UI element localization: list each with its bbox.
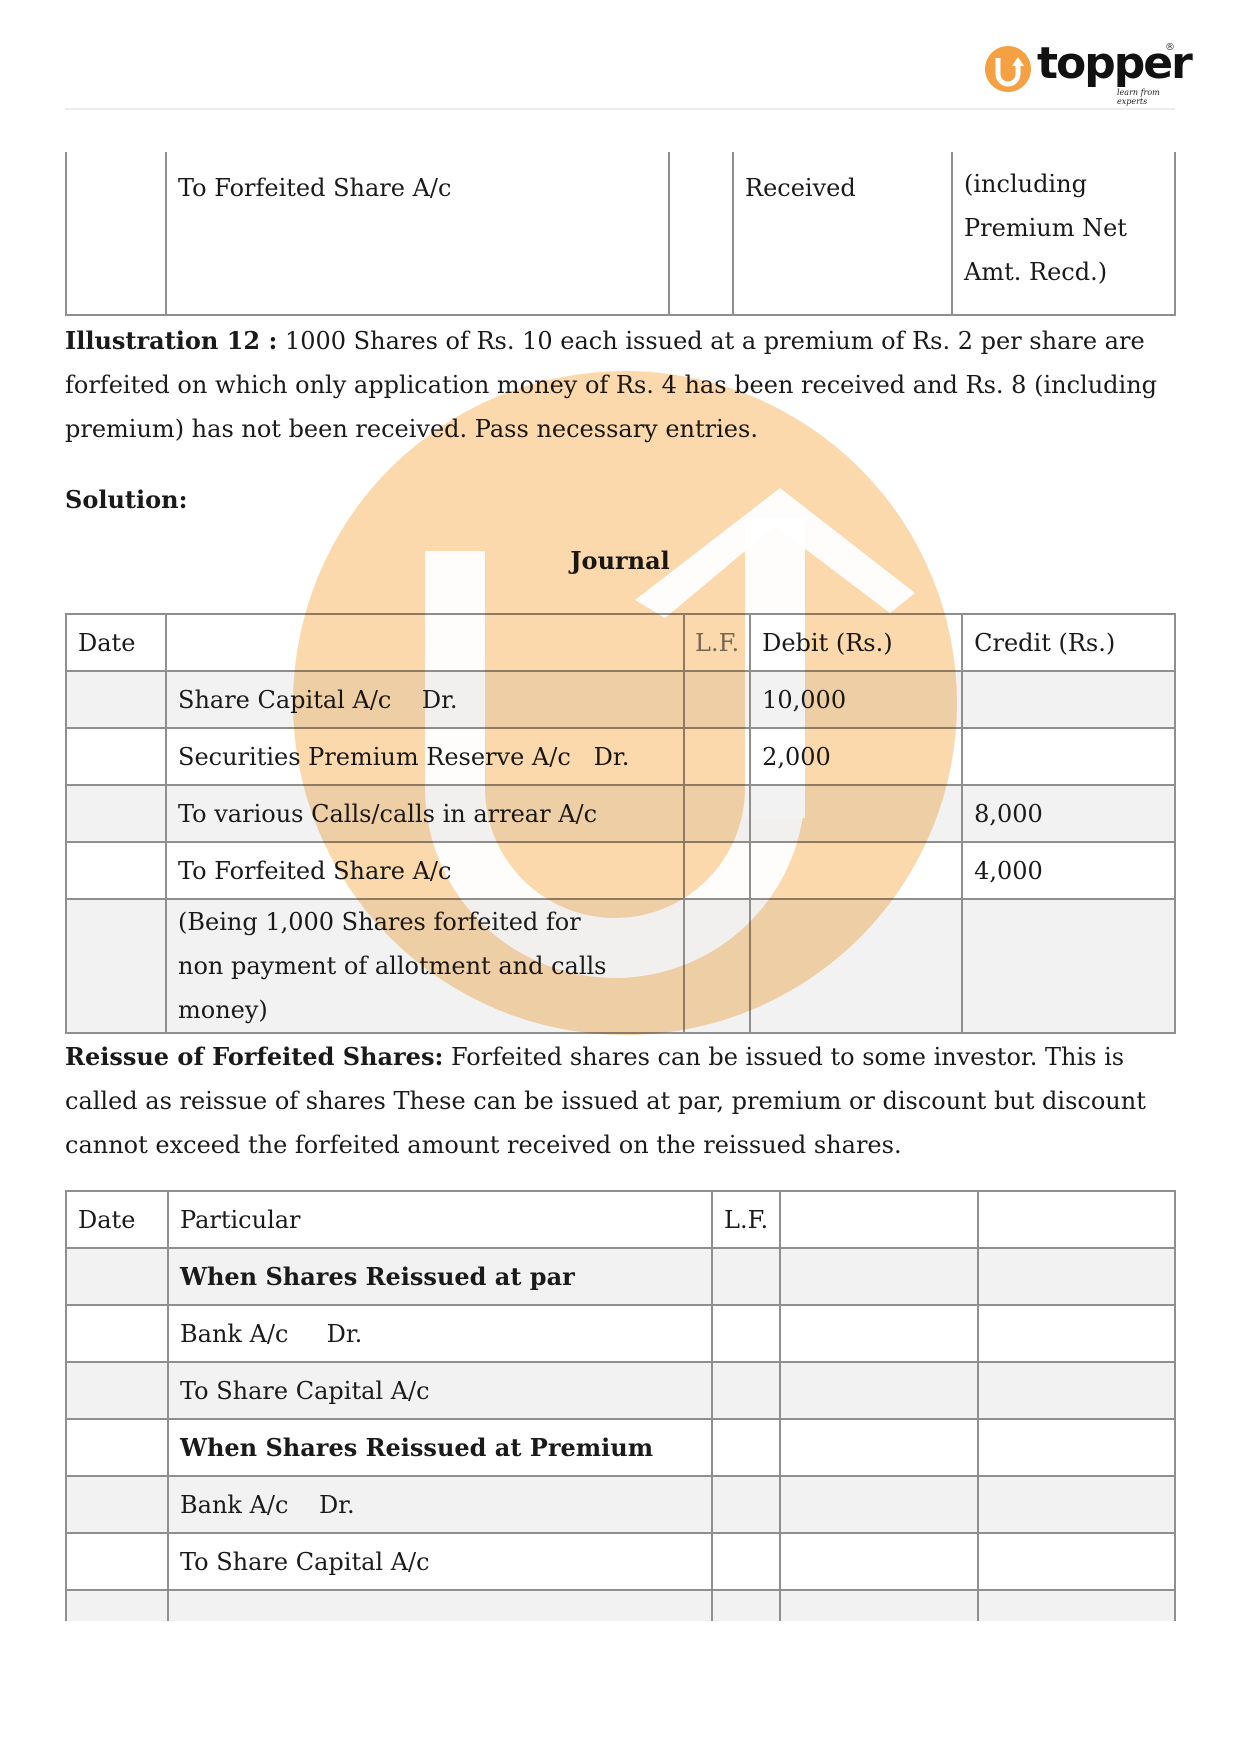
lf-cell	[712, 1476, 780, 1533]
credit-cell: 8,000	[962, 785, 1175, 842]
page-bottom-margin	[0, 1628, 1240, 1755]
debit-cell	[780, 1533, 978, 1590]
section-heading-cell: When Shares Reissued at par	[168, 1248, 712, 1305]
illustration-label: Illustration 12 :	[65, 326, 277, 355]
debit-cell: Received	[733, 152, 952, 315]
table-row: Securities Premium Reserve A/c Dr. 2,000	[66, 728, 1175, 785]
topper-logo: topper ® learn from experts	[985, 42, 1185, 102]
date-cell	[66, 1419, 168, 1476]
debit-cell	[780, 1248, 978, 1305]
credit-cell: 4,000	[962, 842, 1175, 899]
lf-cell	[684, 728, 750, 785]
table-row: Bank A/c Dr.	[66, 1476, 1175, 1533]
credit-cell	[962, 671, 1175, 728]
lf-cell	[669, 152, 733, 315]
credit-cell	[978, 1362, 1175, 1419]
date-cell	[66, 842, 166, 899]
brand-tagline: learn from experts	[1117, 88, 1185, 106]
date-cell	[66, 785, 166, 842]
lf-cell	[712, 1533, 780, 1590]
particular-cell: Bank A/c Dr.	[168, 1476, 712, 1533]
journal-table: Date L.F. Debit (Rs.) Credit (Rs.) Share…	[65, 613, 1176, 1034]
table-row: (Being 1,000 Shares forfeited for non pa…	[66, 899, 1175, 1033]
lf-cell	[684, 785, 750, 842]
continued-journal-table: To Forfeited Share A/c Received (includi…	[65, 152, 1176, 316]
debit-cell: 2,000	[750, 728, 962, 785]
credit-cell	[978, 1476, 1175, 1533]
debit-cell	[780, 1419, 978, 1476]
table-row	[66, 1590, 1175, 1621]
debit-cell	[780, 1305, 978, 1362]
debit-cell	[780, 1362, 978, 1419]
date-cell	[66, 671, 166, 728]
header-divider	[65, 108, 1175, 110]
credit-cell	[978, 1248, 1175, 1305]
debit-cell	[780, 1476, 978, 1533]
debit-cell: 10,000	[750, 671, 962, 728]
lf-cell	[684, 671, 750, 728]
credit-cell	[978, 1305, 1175, 1362]
credit-cell	[978, 1533, 1175, 1590]
reissue-paragraph: Reissue of Forfeited Shares: Forfeited s…	[65, 1035, 1180, 1167]
particular-cell: Securities Premium Reserve A/c Dr.	[166, 728, 684, 785]
debit-cell	[750, 899, 962, 1033]
particular-cell: To Share Capital A/c	[168, 1362, 712, 1419]
header-credit	[978, 1191, 1175, 1248]
credit-cell	[962, 728, 1175, 785]
table-header-row: Date L.F. Debit (Rs.) Credit (Rs.)	[66, 614, 1175, 671]
table-row: When Shares Reissued at par	[66, 1248, 1175, 1305]
reissue-table: Date Particular L.F. When Shares Reissue…	[65, 1190, 1176, 1621]
u-arrow-up-icon	[985, 46, 1031, 92]
header-date: Date	[66, 1191, 168, 1248]
date-cell	[66, 728, 166, 785]
particular-cell: To Forfeited Share A/c	[166, 842, 684, 899]
reissue-label: Reissue of Forfeited Shares:	[65, 1042, 443, 1071]
date-cell	[66, 1305, 168, 1362]
solution-heading: Solution:	[65, 478, 1180, 522]
header-lf: L.F.	[712, 1191, 780, 1248]
lf-cell	[684, 842, 750, 899]
debit-cell	[780, 1590, 978, 1621]
lf-cell	[712, 1248, 780, 1305]
credit-cell	[978, 1590, 1175, 1621]
header-particular: Particular	[168, 1191, 712, 1248]
lf-cell	[712, 1305, 780, 1362]
lf-cell	[712, 1590, 780, 1621]
table-row: Bank A/c Dr.	[66, 1305, 1175, 1362]
particular-cell: To Share Capital A/c	[168, 1533, 712, 1590]
date-cell	[66, 1476, 168, 1533]
date-cell	[66, 899, 166, 1033]
table-row: To Share Capital A/c	[66, 1533, 1175, 1590]
header-debit	[780, 1191, 978, 1248]
table-header-row: Date Particular L.F.	[66, 1191, 1175, 1248]
particular-cell: To Forfeited Share A/c	[166, 152, 669, 315]
debit-cell	[750, 785, 962, 842]
credit-cell: (including Premium Net Amt. Recd.)	[952, 152, 1175, 315]
date-cell	[66, 1590, 168, 1621]
header-lf: L.F.	[684, 614, 750, 671]
particular-cell: Share Capital A/c Dr.	[166, 671, 684, 728]
lf-cell	[712, 1362, 780, 1419]
debit-cell	[750, 842, 962, 899]
section-heading-cell: When Shares Reissued at Premium	[168, 1419, 712, 1476]
particular-cell: Bank A/c Dr.	[168, 1305, 712, 1362]
narration-cell: (Being 1,000 Shares forfeited for non pa…	[166, 899, 684, 1033]
header-debit: Debit (Rs.)	[750, 614, 962, 671]
table-row: To various Calls/calls in arrear A/c 8,0…	[66, 785, 1175, 842]
journal-title: Journal	[0, 546, 1240, 575]
lf-cell	[712, 1419, 780, 1476]
header-credit: Credit (Rs.)	[962, 614, 1175, 671]
lf-cell	[684, 899, 750, 1033]
credit-cell	[962, 899, 1175, 1033]
table-row: To Share Capital A/c	[66, 1362, 1175, 1419]
registered-mark: ®	[1165, 42, 1175, 53]
table-row: Share Capital A/c Dr. 10,000	[66, 671, 1175, 728]
particular-cell: To various Calls/calls in arrear A/c	[166, 785, 684, 842]
table-row: To Forfeited Share A/c 4,000	[66, 842, 1175, 899]
table-row: To Forfeited Share A/c Received (includi…	[66, 152, 1175, 315]
illustration-paragraph: Illustration 12 : 1000 Shares of Rs. 10 …	[65, 319, 1180, 451]
table-row: When Shares Reissued at Premium	[66, 1419, 1175, 1476]
header-particular	[166, 614, 684, 671]
header-date: Date	[66, 614, 166, 671]
date-cell	[66, 1362, 168, 1419]
date-cell	[66, 1248, 168, 1305]
date-cell	[66, 152, 166, 315]
particular-cell	[168, 1590, 712, 1621]
date-cell	[66, 1533, 168, 1590]
credit-cell	[978, 1419, 1175, 1476]
